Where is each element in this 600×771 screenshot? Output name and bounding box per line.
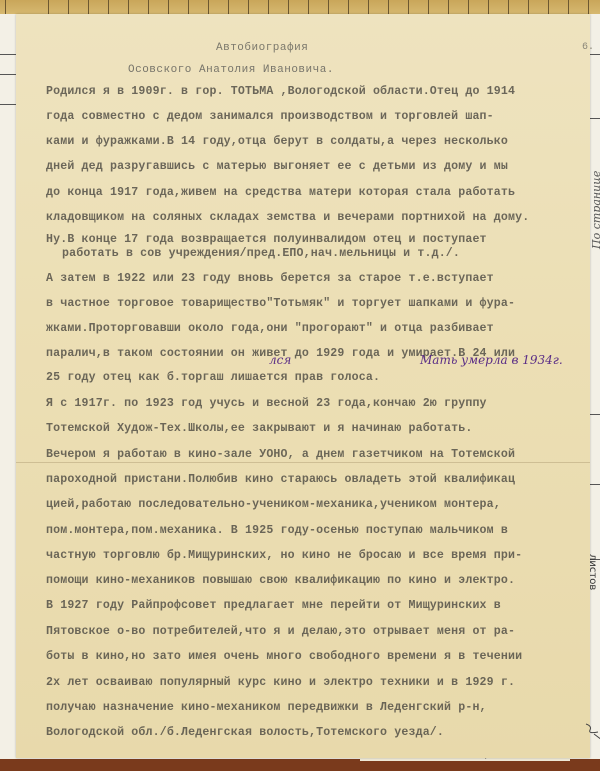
document-line: Ну.В конце 17 года возвращается полуинва… xyxy=(46,233,487,246)
document-line: Вологодской обл./б.Леденгская волость,То… xyxy=(46,726,444,739)
document-line: помощи кино-механиков повышаю свою квали… xyxy=(46,574,515,587)
document-line: частную торговлю бр.Мищуринских, но кино… xyxy=(46,549,522,562)
document-line: Родился я в 1909г. в гор. ТОТЬМА ,Волого… xyxy=(46,85,515,98)
ruler-tick xyxy=(328,0,329,14)
document-line: цией,работаю последовательно-учеником-ме… xyxy=(46,498,501,511)
page-number: 6. xyxy=(582,42,594,53)
document-subtitle: Осовского Анатолия Ивановича. xyxy=(128,64,334,76)
document-line: получаю назначение кино-механиком передв… xyxy=(46,701,487,714)
document-line: Тотемской Худож-Тех.Школы,ее закрывают и… xyxy=(46,422,472,435)
ruler-tick xyxy=(428,0,429,14)
ruler-tick xyxy=(108,0,109,14)
ruler-tick xyxy=(388,0,389,14)
ruler-tick xyxy=(48,0,49,14)
ruler-tick xyxy=(368,0,369,14)
ruler-tick xyxy=(248,0,249,14)
ruler-tick xyxy=(188,0,189,14)
document-line: пароходной пристани.Полюбив кино стараюс… xyxy=(46,473,515,486)
document-line: жками.Проторговавши около года,они "прог… xyxy=(46,322,494,335)
ruler-tick xyxy=(68,0,69,14)
document-line: в частное торговое товарищество"Тотьмяк"… xyxy=(46,297,515,310)
document-line: Вечером я работаю в кино-зале УОНО, а дн… xyxy=(46,448,515,461)
document-line: А затем в 1922 или 23 году вновь берется… xyxy=(46,272,494,285)
ruler-tick xyxy=(128,0,129,14)
document-line: кладовщиком на соляных складах земства и… xyxy=(46,211,529,224)
ruler-tick xyxy=(588,0,589,14)
document-line: Пятовское о-во потребителей,что я и дела… xyxy=(46,625,515,638)
ruler-tick xyxy=(148,0,149,14)
document-line: боты в кино,но зато имея очень много сво… xyxy=(46,650,522,663)
document-line: 2х лет осваиваю популярный курс кино и э… xyxy=(46,676,515,689)
ruler-tick xyxy=(88,0,89,14)
ruler-tick xyxy=(468,0,469,14)
ruler-tick xyxy=(168,0,169,14)
ruler-tick xyxy=(228,0,229,14)
document-line: пом.монтера,пом.механика. В 1925 году-ос… xyxy=(46,524,508,537)
handwritten-note-mother-death: Мать умерла в 1934г. xyxy=(420,353,563,367)
document-line: работать в сов учреждения/пред.ЕПО,нач.м… xyxy=(62,247,460,260)
margin-label: По странице xyxy=(590,171,600,249)
ruler-tick xyxy=(448,0,449,14)
ruler-tick xyxy=(408,0,409,14)
document-line: года совместно с дедом занимался произво… xyxy=(46,110,494,123)
typewritten-page: Автобиография Осовского Анатолия Иванови… xyxy=(16,14,590,758)
document-line: дней дед разругавшись с матерью выгоняет… xyxy=(46,160,508,173)
signature-mark xyxy=(584,722,600,742)
document-line: ками и фуражками.В 14 году,отца берут в … xyxy=(46,135,508,148)
ruler-tick xyxy=(208,0,209,14)
ruler-tick xyxy=(288,0,289,14)
ruler-tick xyxy=(548,0,549,14)
ruler-tick xyxy=(5,0,6,14)
document-title: Автобиография xyxy=(216,42,308,54)
document-line: Я с 1917г. по 1923 год учусь и весной 23… xyxy=(46,397,487,410)
paper-fold xyxy=(16,462,590,463)
ruler-tick xyxy=(568,0,569,14)
ruler-tick xyxy=(308,0,309,14)
ruler-tick xyxy=(348,0,349,14)
ruler-tick xyxy=(488,0,489,14)
ruler-tick xyxy=(508,0,509,14)
document-line: В 1927 году Райпрофсовет предлагает мне … xyxy=(46,599,501,612)
ruler-tick xyxy=(528,0,529,14)
ruler-tick xyxy=(268,0,269,14)
handwritten-insertion: лся xyxy=(269,353,291,367)
document-line: до конца 1917 года,живем на средства мат… xyxy=(46,186,515,199)
document-line: 25 году отец как б.торгаш лишается прав … xyxy=(46,371,380,384)
